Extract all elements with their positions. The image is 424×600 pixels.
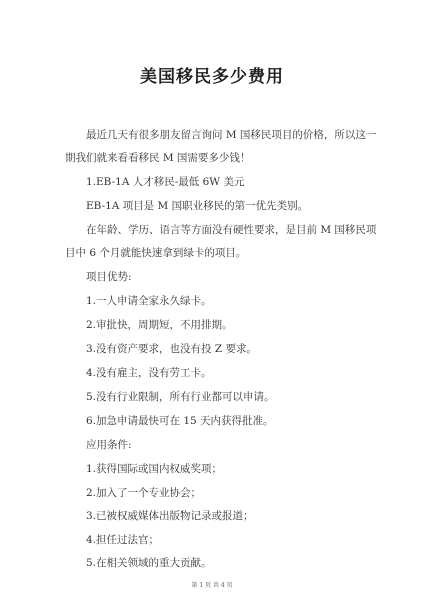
- list-item: 6.加急申请最快可在 15 天内获得批准。: [86, 414, 274, 428]
- paragraph-line: 1.EB-1A 人才移民-最低 6W 美元: [86, 175, 244, 189]
- list-item: 2.审批快，周期短，不用排期。: [86, 318, 233, 332]
- section-heading: 应用条件:: [86, 438, 132, 452]
- list-item: 3.已被权威媒体出版物记录或报道；: [86, 509, 254, 523]
- list-item: 3.没有资产要求，也没有投 Z 要求。: [86, 342, 257, 356]
- paragraph-line: 最近几天有很多朋友留言询问 M 国移民项目的价格，所以这一: [86, 128, 376, 142]
- paragraph-line: 期我们就来看看移民 M 国需要多少钱！: [65, 151, 250, 165]
- list-item: 2.加入了一个专业协会；: [86, 486, 201, 500]
- list-item: 4.担任过法官；: [86, 533, 159, 547]
- list-item: 5.没有行业限制，所有行业都可以申请。: [86, 390, 275, 404]
- list-item: 5.在相关领域的重大贡献。: [86, 556, 212, 570]
- paragraph-line: EB-1A 项目是 M 国职业移民的第一优先类别。: [86, 199, 308, 213]
- paragraph-line: 目中 6 个月就能快速拿到绿卡的项目。: [65, 246, 246, 260]
- list-item: 4.没有雇主，没有劳工卡。: [86, 366, 212, 380]
- paragraph-line: 在年龄、学历、语言等方面没有硬性要求，是目前 M 国移民项: [86, 223, 376, 237]
- document-title: 美国移民多少费用: [0, 62, 424, 87]
- section-heading: 项目优势:: [86, 270, 132, 284]
- list-item: 1.一人申请全家永久绿卡。: [86, 294, 212, 308]
- list-item: 1.获得国际或国内权威奖项；: [86, 462, 222, 476]
- document-page: 美国移民多少费用 最近几天有很多朋友留言询问 M 国移民项目的价格，所以这一 期…: [0, 0, 424, 600]
- page-footer: 第 1 页 共 4 页: [0, 580, 424, 589]
